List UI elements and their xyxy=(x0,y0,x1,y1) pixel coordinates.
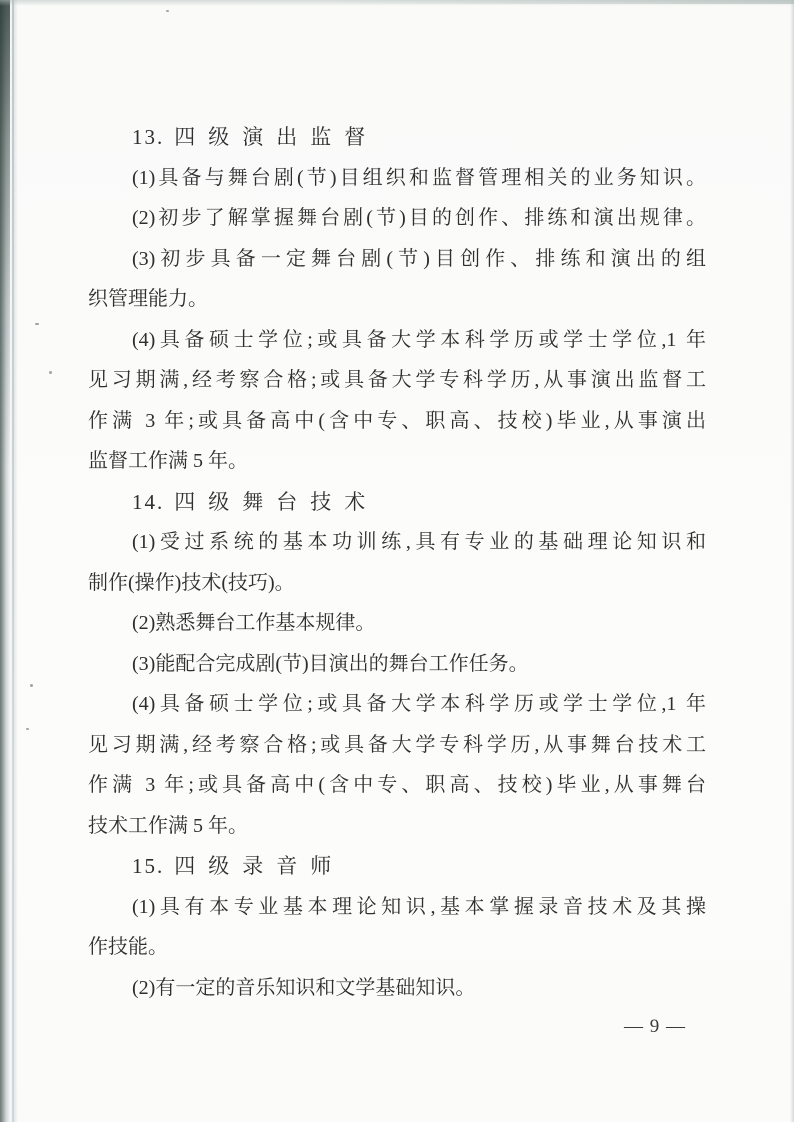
scanned-document-page: 13.四级演出监督 (1)具备与舞台剧(节)目组织和监督管理相关的业务知识。 (… xyxy=(0,0,794,1122)
text-line: 见习期满,经考察合格;或具备大学专科学历,从事舞台技术工 xyxy=(88,725,706,766)
section-number: 15. xyxy=(132,854,164,878)
text-line: 监督工作满 5 年。 xyxy=(88,441,706,482)
text-line: (1)具有本专业基本理论知识,基本掌握录音技术及其操 xyxy=(88,887,706,928)
text-line: (2)有一定的音乐知识和文学基础知识。 xyxy=(88,968,706,1009)
scan-edge-left-shade xyxy=(0,0,10,480)
scan-dust-speck xyxy=(26,728,29,730)
page-number: — 9 — xyxy=(0,1014,794,1040)
text-line: (3)初步具备一定舞台剧(节)目创作、排练和演出的组 xyxy=(88,239,706,280)
text-line: 作满 3 年;或具备高中(含中专、职高、技校)毕业,从事演出 xyxy=(88,401,706,442)
scan-dust-speck xyxy=(166,10,169,12)
text-line: 制作(操作)技术(技巧)。 xyxy=(88,563,706,604)
section-title: 四级录音师 xyxy=(174,854,344,878)
text-line: 作满 3 年;或具备高中(含中专、职高、技校)毕业,从事舞台 xyxy=(88,765,706,806)
section-heading-14: 14.四级舞台技术 xyxy=(88,482,706,523)
scan-dust-speck xyxy=(30,684,33,687)
scan-dust-speck xyxy=(35,323,39,325)
section-title: 四级演出监督 xyxy=(174,125,378,149)
text-line: (4)具备硕士学位;或具备大学本科学历或学士学位,1 年 xyxy=(88,684,706,725)
section-heading-13: 13.四级演出监督 xyxy=(88,117,706,158)
section-number: 13. xyxy=(132,125,164,149)
text-line: 技术工作满 5 年。 xyxy=(88,806,706,847)
text-line: 织管理能力。 xyxy=(88,279,706,320)
section-number: 14. xyxy=(132,490,164,514)
text-line: 见习期满,经考察合格;或具备大学专科学历,从事演出监督工 xyxy=(88,360,706,401)
scan-dust-speck xyxy=(49,371,52,374)
text-line: 作技能。 xyxy=(88,927,706,968)
document-body: 13.四级演出监督 (1)具备与舞台剧(节)目组织和监督管理相关的业务知识。 (… xyxy=(88,117,706,1008)
text-line: (1)受过系统的基本功训练,具有专业的基础理论知识和 xyxy=(88,522,706,563)
section-heading-15: 15.四级录音师 xyxy=(88,846,706,887)
text-line: (1)具备与舞台剧(节)目组织和监督管理相关的业务知识。 xyxy=(88,158,706,199)
text-line: (3)能配合完成剧(节)目演出的舞台工作任务。 xyxy=(88,644,706,685)
scan-edge-left-line xyxy=(12,0,14,1122)
text-line: (2)熟悉舞台工作基本规律。 xyxy=(88,603,706,644)
scan-edge-top-right xyxy=(318,0,794,4)
text-line: (2)初步了解掌握舞台剧(节)目的创作、排练和演出规律。 xyxy=(88,198,706,239)
text-line: (4)具备硕士学位;或具备大学本科学历或学士学位,1 年 xyxy=(88,320,706,361)
scan-edge-right xyxy=(790,0,794,1122)
section-title: 四级舞台技术 xyxy=(174,490,378,514)
